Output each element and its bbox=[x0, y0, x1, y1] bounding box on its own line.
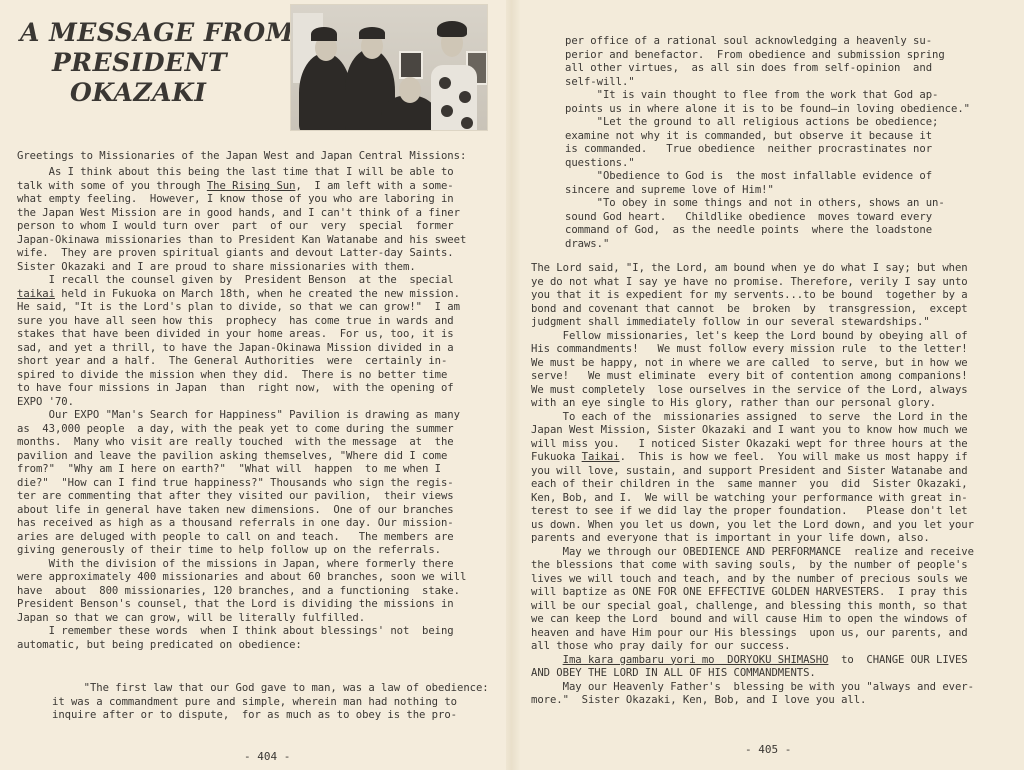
title-line-1: A MESSAGE FROM bbox=[20, 18, 280, 48]
left-quote: "The first law that our God gave to man,… bbox=[52, 682, 489, 723]
left-body-text: As I think about this being the last tim… bbox=[17, 166, 466, 652]
salutation: Greetings to Missionaries of the Japan W… bbox=[17, 150, 466, 164]
family-photo bbox=[290, 4, 488, 131]
wall-picture bbox=[399, 51, 423, 79]
right-body-text: The Lord said, "I, the Lord, am bound wh… bbox=[531, 262, 974, 708]
page-number-404: - 404 - bbox=[244, 750, 290, 763]
page-number-405: - 405 - bbox=[745, 743, 791, 756]
article-title: A MESSAGE FROM PRESIDENT OKAZAKI bbox=[20, 18, 280, 108]
title-line-2: PRESIDENT bbox=[20, 48, 280, 78]
publication-title: The Rising Sun bbox=[207, 180, 296, 192]
motto: Ima kara gambaru yori mo DORYOKU SHIMASH… bbox=[563, 654, 829, 666]
taikai-term: taikai bbox=[17, 288, 55, 300]
title-line-3: OKAZAKI bbox=[20, 78, 280, 108]
book-gutter bbox=[506, 0, 520, 770]
taikai-term: Taikai bbox=[582, 451, 620, 463]
right-quote: per office of a rational soul acknowledg… bbox=[565, 35, 970, 251]
